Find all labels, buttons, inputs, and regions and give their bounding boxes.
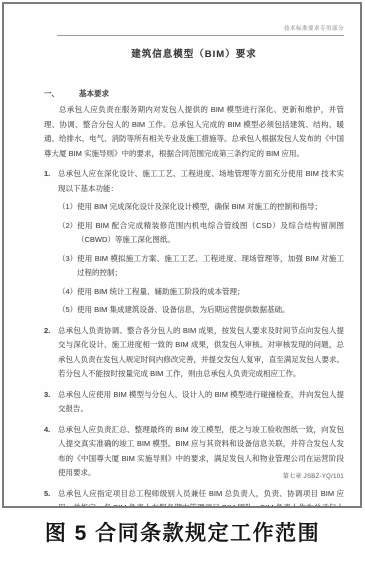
header-rule bbox=[57, 35, 344, 36]
section-number: 一、 bbox=[44, 88, 79, 99]
subclause-number: （1） bbox=[58, 200, 77, 215]
subclause-number: （3） bbox=[58, 252, 77, 281]
subclause-number: （2） bbox=[58, 219, 77, 248]
figure-caption: 图 5 合同条款规定工作范围 bbox=[0, 517, 365, 547]
section-heading: 一、 基本要求 bbox=[44, 88, 344, 99]
clause-item-2: 2. 总承包人负责协调、整合各分包人的 BIM 成果，按发包人要求及时间节点向发… bbox=[44, 324, 344, 382]
subclause-item-5: （5） 使用 BIM 集成建筑设备、设备信息，为后期运营提供数据基础。 bbox=[58, 303, 344, 318]
clause-number: 2. bbox=[44, 324, 58, 382]
clause-number: 4. bbox=[44, 423, 58, 481]
subclause-item-1: （1） 使用 BIM 完成深化设计及深化设计模型，确保 BIM 对施工的控制和指… bbox=[58, 200, 344, 215]
clause-text: 总承包人负责协调、整合各分包人的 BIM 成果，按发包人要求及时间节点向发包人提… bbox=[58, 324, 344, 382]
clause-item-3: 3. 总承包人应使用 BIM 模型与分包人、设计人的 BIM 模型进行碰撞检查，… bbox=[44, 388, 344, 417]
subclause-text: 使用 BIM 模拟施工方案、施工工艺、工程进度、现场管理等，加强 BIM 对施工… bbox=[77, 252, 344, 281]
page-footer: 第七章 JSBZ-YQ/101 bbox=[283, 471, 344, 480]
subclause-text: 使用 BIM 集成建筑设备、设备信息，为后期运营提供数据基础。 bbox=[77, 303, 344, 318]
document-title: 建筑信息模型（BIM）要求 bbox=[44, 46, 344, 60]
clause-item-1: 1. 总承包人应在深化设计、施工工艺、工程进度、场地管理等方面充分使用 BIM … bbox=[44, 167, 344, 196]
clause-text: 总承包人应在深化设计、施工工艺、工程进度、场地管理等方面充分使用 BIM 技术实… bbox=[58, 167, 344, 196]
screenshot-root: 技术标准要求专用部分 建筑信息模型（BIM）要求 一、 基本要求 总承包人应负责… bbox=[0, 0, 365, 562]
subclause-item-2: （2） 使用 BIM 配合完成精装修范围内机电综合管线图（CSD）及综合结构留洞… bbox=[58, 219, 344, 248]
clause-item-5: 5. 总承包人应指定项目总工程师级别人员兼任 BIM 总负责人，负责、协调项目 … bbox=[44, 487, 344, 509]
document-page: 技术标准要求专用部分 建筑信息模型（BIM）要求 一、 基本要求 总承包人应负责… bbox=[2, 2, 362, 508]
section-title: 基本要求 bbox=[79, 88, 109, 99]
clause-number: 5. bbox=[44, 487, 58, 509]
clause-text: 总承包人应使用 BIM 模型与分包人、设计人的 BIM 模型进行碰撞检查，并向发… bbox=[58, 388, 344, 417]
subclause-item-3: （3） 使用 BIM 模拟施工方案、施工工艺、工程进度、现场管理等，加强 BIM… bbox=[58, 252, 344, 281]
subclause-text: 使用 BIM 统计工程量、辅助施工阶段的成本管理； bbox=[77, 285, 344, 300]
subclause-text: 使用 BIM 完成深化设计及深化设计模型，确保 BIM 对施工的控制和指导； bbox=[77, 200, 344, 215]
page-content: 技术标准要求专用部分 建筑信息模型（BIM）要求 一、 基本要求 总承包人应负责… bbox=[4, 4, 360, 506]
clause-number: 1. bbox=[44, 167, 58, 196]
subclause-item-4: （4） 使用 BIM 统计工程量、辅助施工阶段的成本管理； bbox=[58, 285, 344, 300]
subclause-number: （4） bbox=[58, 285, 77, 300]
clause-number: 3. bbox=[44, 388, 58, 417]
page-header: 技术标准要求专用部分 bbox=[44, 26, 344, 33]
subclause-text: 使用 BIM 配合完成精装修范围内机电综合管线图（CSD）及综合结构留洞图（CB… bbox=[77, 219, 344, 248]
subclause-number: （5） bbox=[58, 303, 77, 318]
header-right-text: 技术标准要求专用部分 bbox=[284, 26, 344, 32]
clause-text: 总承包人应指定项目总工程师级别人员兼任 BIM 总负责人，负责、协调项目 BIM… bbox=[58, 487, 344, 509]
intro-paragraph: 总承包人应负责在服务期内对发包人提供的 BIM 模型进行深化、更新和维护，并管理… bbox=[44, 103, 344, 161]
